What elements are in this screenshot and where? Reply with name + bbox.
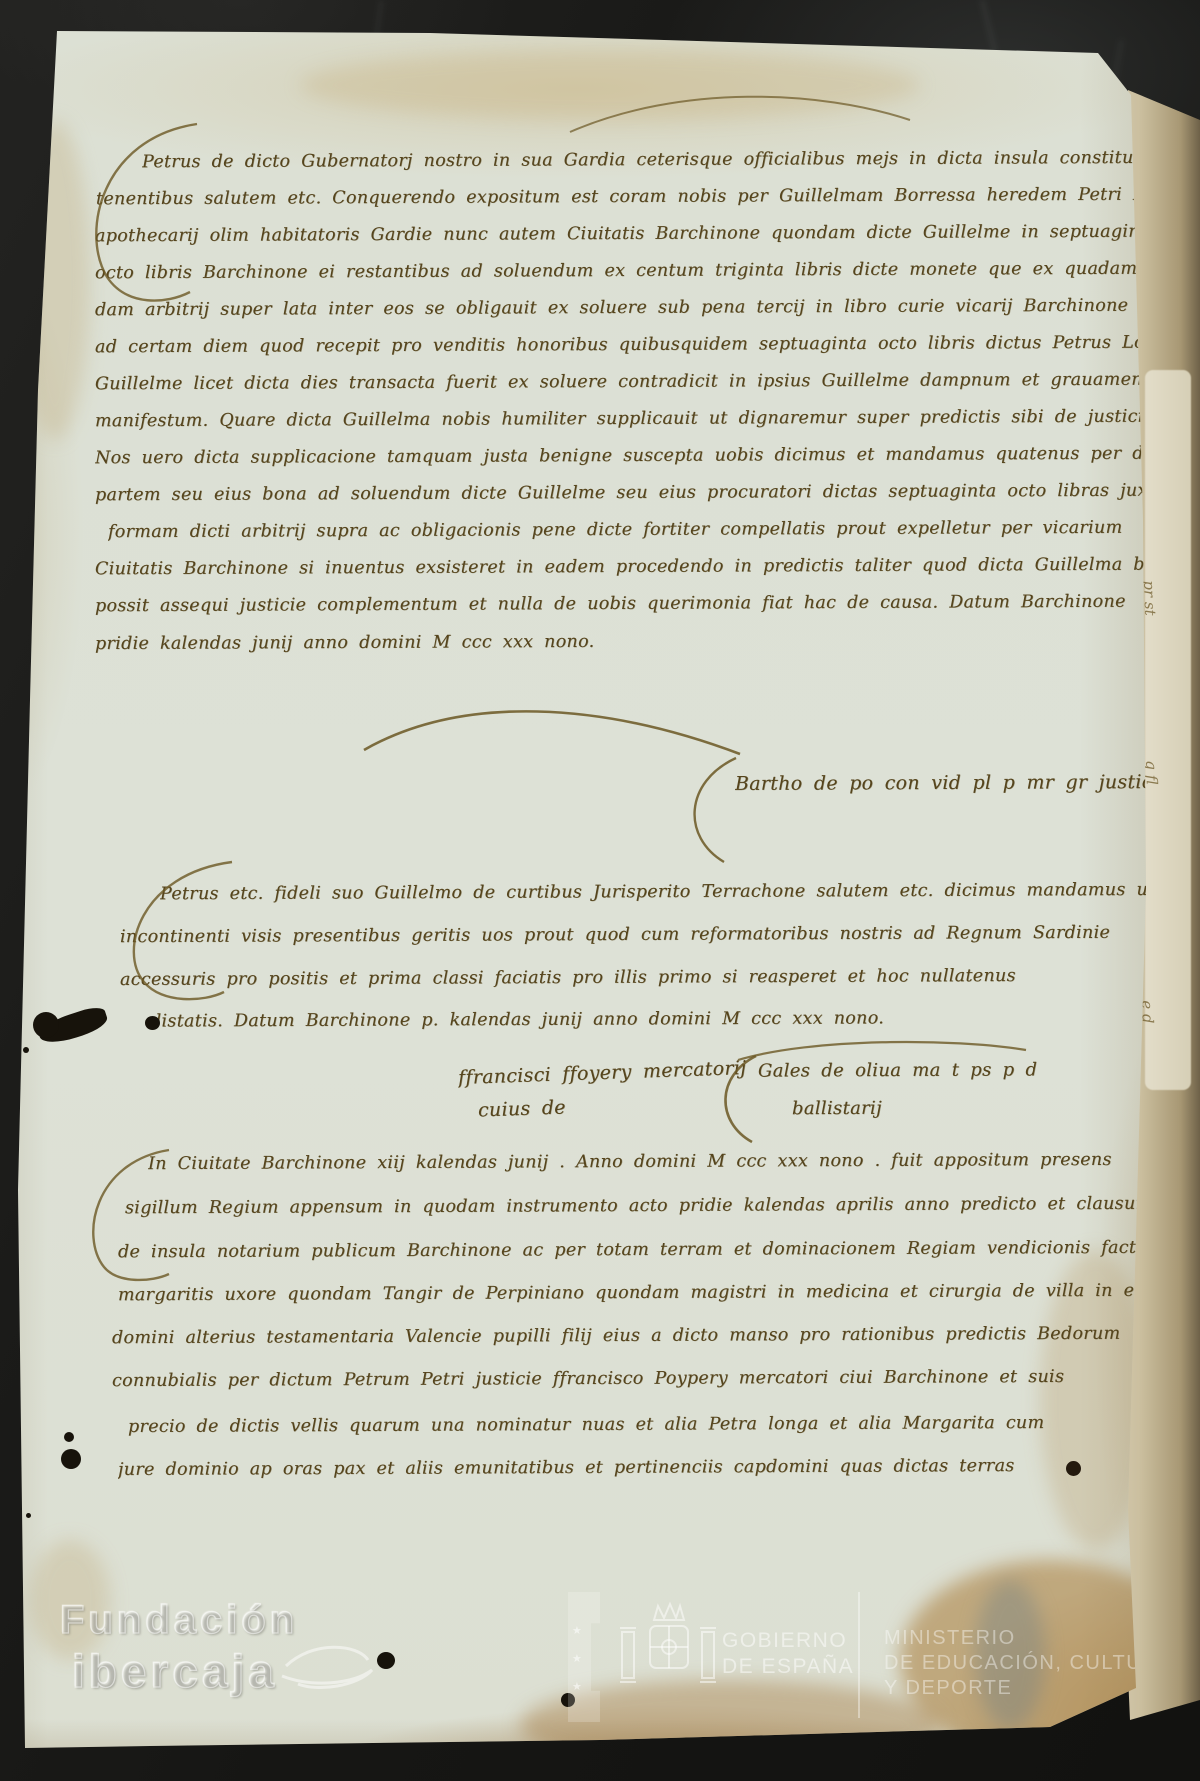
manuscript-line: jure dominio ap oras pax et aliis emunit… xyxy=(118,1456,1015,1480)
ministry-watermark-line3: Y DEPORTE xyxy=(884,1676,1012,1701)
ministry-watermark-line2: DE EDUCACIÓN, CULTURA xyxy=(884,1651,1173,1676)
ink-blot xyxy=(64,1432,74,1442)
signature-line: Bartho de po con vid pl p mr gr justic xyxy=(735,771,1153,795)
manuscript-photo: pr st g fl e d Petrus de dicto Gubernato… xyxy=(0,0,1200,1781)
paraph-mark xyxy=(72,112,232,312)
paraph-mark xyxy=(112,852,272,1012)
note-overline xyxy=(732,1036,1032,1066)
gobierno-watermark-line1: GOBIERNO xyxy=(722,1628,847,1654)
coat-of-arms-icon xyxy=(610,1598,718,1710)
manuscript-line: pridie kalendas junij anno domini M ccc … xyxy=(95,632,595,654)
manuscript-page: Petrus de dicto Gubernatorj nostro in su… xyxy=(0,0,1200,1781)
ink-blot xyxy=(61,1449,81,1469)
ink-blot xyxy=(26,1513,31,1518)
adjacent-page-sliver xyxy=(1145,370,1191,1090)
ink-blot xyxy=(377,1652,395,1669)
ibercaja-watermark-line1: Fundación xyxy=(60,1598,298,1643)
manuscript-line: connubialis per dictum Petrum Petri just… xyxy=(112,1367,1064,1391)
ministry-watermark-line1: MINISTERIO xyxy=(884,1626,1016,1651)
ink-blot xyxy=(145,1016,160,1030)
watermark-divider xyxy=(858,1592,860,1718)
signature-paren xyxy=(676,752,746,867)
manuscript-line: precio de dictis vellis quarum una nomin… xyxy=(128,1413,1044,1437)
flourish xyxy=(560,82,920,142)
note-merchant-line2: cuius de xyxy=(478,1096,567,1121)
gobierno-watermark-line2: DE ESPAÑA xyxy=(722,1654,854,1680)
ibercaja-logo-icon xyxy=(278,1636,378,1691)
note-ballistarij-line2: ballistarij xyxy=(792,1098,882,1119)
ink-blot xyxy=(33,1012,59,1038)
star-icon: ★ xyxy=(572,1624,582,1637)
note-paren xyxy=(712,1052,762,1147)
ibercaja-watermark-line2: ibercaja xyxy=(72,1644,278,1698)
manuscript-line: In Ciuitate Barchinone xiij kalendas jun… xyxy=(148,1150,1112,1174)
ink-blot xyxy=(23,1047,29,1053)
ink-blot xyxy=(1066,1461,1081,1476)
star-icon: ★ xyxy=(572,1652,582,1665)
star-icon: ★ xyxy=(572,1680,582,1693)
paraph-mark xyxy=(74,1142,194,1292)
